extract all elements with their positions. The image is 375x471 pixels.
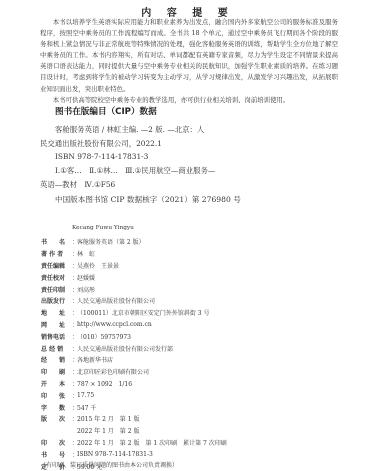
- colophon-row: 印 张：17.75: [41, 389, 227, 401]
- row-label: 书 名: [41, 237, 72, 246]
- row-label: 开 本: [41, 379, 72, 388]
- colophon-row: 字 数：547 千: [41, 401, 227, 413]
- cip-subject-line: Ⅰ.①客… Ⅱ.①林… Ⅲ.①民用航空—商业服务—: [40, 164, 250, 178]
- colophon-row: 总 经 销：人民交通出版社股份有限公司发行部: [41, 342, 227, 354]
- colophon-table: 书 名：客舱服务英语（第 2 版） 著 作 者：林 虹 责任编辑：吴燕伶 王景景…: [41, 236, 227, 471]
- colophon-row: 著 作 者：林 虹: [41, 248, 227, 260]
- row-value: （010）59757973: [77, 332, 131, 341]
- row-label: 著 作 者: [41, 249, 72, 258]
- colophon-row: 责任印制：刘高彤: [41, 283, 227, 295]
- row-label: 网 址: [41, 320, 72, 329]
- row-value: 2022 年 1 月 第 2 版: [77, 426, 139, 435]
- row-value: ISBN 978-7-114-17831-3: [77, 451, 153, 458]
- cip-heading: 图书在版编目（CIP）数据: [55, 105, 157, 117]
- row-label: 印 张: [41, 391, 72, 400]
- row-value: 人民交通出版社股份有限公司: [77, 296, 155, 305]
- row-value: 刘高彤: [77, 285, 95, 294]
- colophon-row: 责任编辑：吴燕伶 王景景: [41, 260, 227, 272]
- row-label: 出版发行: [41, 296, 72, 305]
- colophon-row: 开 本：787 × 1092 1/16: [41, 378, 227, 390]
- colophon-row: 印 次：2022 年 1 月 第 2 版 第 1 次印刷 累计第 7 次印刷: [41, 437, 227, 449]
- colophon-row: 地 址：（100011）北京市朝阳区安定门外外馆斜街 3 号: [41, 307, 227, 319]
- row-value: 客舱服务英语（第 2 版）: [77, 237, 145, 246]
- cip-isbn: ISBN 978-7-114-17831-3: [40, 150, 250, 164]
- colophon-row: 书 名：客舱服务英语（第 2 版）: [41, 236, 227, 248]
- row-value: 547 千: [77, 403, 96, 412]
- row-label: 地 址: [41, 308, 72, 317]
- row-label: 经 销: [41, 355, 72, 364]
- quality-note: （有印刷、装订质量问题的图书由本公司负责调换）: [40, 460, 178, 469]
- row-value: 吴燕伶 王景景: [77, 261, 119, 270]
- row-value: 各地新华书店: [77, 355, 113, 364]
- colophon-row: 销售电话：（010）59757973: [41, 330, 227, 342]
- cip-subject-line: 英语—教材 Ⅳ.①F56: [40, 178, 250, 192]
- summary-paragraph: 本书以培养学生英语实际应用能力和职业素养为出发点，融合国内外多家航空公司的服务标…: [40, 17, 338, 95]
- cip-subjects: Ⅰ.①客… Ⅱ.①林… Ⅲ.①民用航空—商业服务— 英语—教材 Ⅳ.①F56: [40, 164, 250, 191]
- row-value: 17.75: [77, 392, 94, 399]
- colophon-row: ：2022 年 1 月 第 2 版: [41, 425, 227, 437]
- row-label: 印 次: [41, 438, 72, 447]
- row-label: 责任校对: [41, 273, 72, 282]
- colophon-row: 责任校对：赵媛媛: [41, 271, 227, 283]
- row-label: 书 号: [41, 450, 72, 459]
- row-label: 印 刷: [41, 367, 72, 376]
- cip-record-line: 民交通出版社股份有限公司，2022.1: [40, 137, 250, 151]
- row-label: 总 经 销: [41, 344, 72, 353]
- row-label: 销售电话: [41, 332, 72, 341]
- cip-record-line: 客舱服务英语 / 林虹主编. —2 版. —北京：人: [40, 123, 250, 137]
- colophon-row: 书 号：ISBN 978-7-114-17831-3: [41, 448, 227, 460]
- row-label: 责任编辑: [41, 261, 72, 270]
- colophon-row: 印 刷：北京印匠彩色印刷有限公司: [41, 366, 227, 378]
- summary-text: 本书以培养学生英语实际应用能力和职业素养为出发点，融合国内外多家航空公司的服务标…: [40, 17, 338, 106]
- copyright-page: 内 容 提 要 本书以培养学生英语实际应用能力和职业素养为出发点，融合国内外多家…: [0, 0, 375, 471]
- row-value: 林 虹: [77, 249, 95, 258]
- row-value: （100011）北京市朝阳区安定门外外馆斜街 3 号: [77, 308, 210, 317]
- row-value: 2015 年 2 月 第 1 版: [77, 414, 139, 423]
- row-label: 字 数: [41, 403, 72, 412]
- row-label: 责任印制: [41, 285, 72, 294]
- row-value: 人民交通出版社股份有限公司发行部: [77, 344, 173, 353]
- colophon-row: 经 销：各地新华书店: [41, 354, 227, 366]
- row-label: 版 次: [41, 414, 72, 423]
- row-value: 2022 年 1 月 第 2 版 第 1 次印刷 累计第 7 次印刷: [77, 438, 227, 447]
- cip-data-number: 中国版本图书馆 CIP 数据核字（2021）第 276980 号: [55, 194, 241, 205]
- colophon-row: 版 次：2015 年 2 月 第 1 版: [41, 413, 227, 425]
- cip-record: 客舱服务英语 / 林虹主编. —2 版. —北京：人 民交通出版社股份有限公司，…: [40, 123, 250, 164]
- row-value: 北京印匠彩色印刷有限公司: [77, 367, 149, 376]
- book-pinyin-title: Kecang Fuwu Yingyu: [72, 225, 134, 231]
- colophon-row: 出版发行：人民交通出版社股份有限公司: [41, 295, 227, 307]
- row-value: 赵媛媛: [77, 273, 95, 282]
- website-link[interactable]: http://www.ccpcl.com.cn: [77, 321, 152, 328]
- colophon-row: 网 址：http://www.ccpcl.com.cn: [41, 319, 227, 331]
- row-value: 787 × 1092 1/16: [77, 379, 132, 388]
